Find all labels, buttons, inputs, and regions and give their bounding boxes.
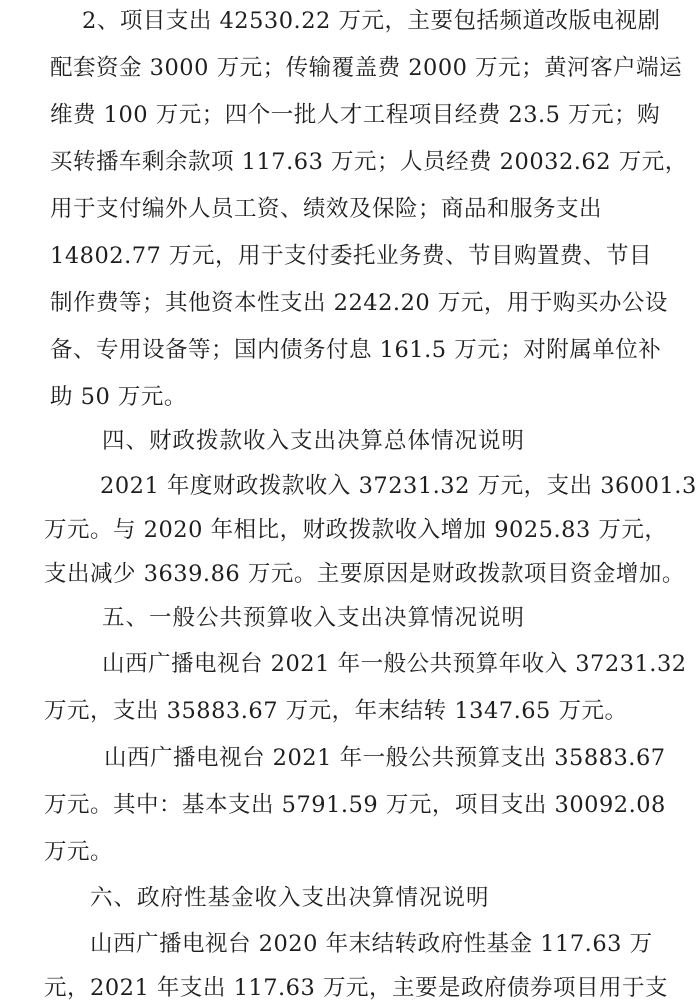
text-line: 山西广播电视台 2021 年一般公共预算年收入 37231.32 xyxy=(102,649,687,679)
text-line: 配套资金 3000 万元；传输覆盖费 2000 万元；黄河客户端运 xyxy=(50,53,682,83)
text-line: 支出减少 3639.86 万元。主要原因是财政拨款项目资金增加。 xyxy=(44,559,685,589)
text-line: 用于支付编外人员工资、绩效及保险；商品和服务支出 xyxy=(50,194,602,224)
text-line: 山西广播电视台 2021 年一般公共预算支出 35883.67 xyxy=(104,743,666,773)
text-line: 万元，支出 35883.67 万元，年末结转 1347.65 万元。 xyxy=(44,696,628,726)
text-line: 助 50 万元。 xyxy=(50,382,187,412)
text-line: 维费 100 万元；四个一批人才工程项目经费 23.5 万元；购 xyxy=(50,100,660,130)
text-line: 元，2021 年支出 117.63 万元，主要是政府债券项目用于支 xyxy=(44,973,668,1003)
text-line: 万元。与 2020 年相比，财政拨款收入增加 9025.83 万元， xyxy=(44,515,667,545)
text-line: 制作费等；其他资本性支出 2242.20 万元，用于购买办公设 xyxy=(50,288,668,318)
section-heading-5: 五、一般公共预算收入支出决算情况说明 xyxy=(102,603,525,633)
text-line: 山西广播电视台 2020 年末结转政府性基金 117.63 万 xyxy=(90,929,653,959)
text-line: 万元。 xyxy=(44,837,113,867)
text-line: 2021 年度财政拨款收入 37231.32 万元，支出 36001.3 xyxy=(100,471,697,501)
text-line: 2、项目支出 42530.22 万元，主要包括频道改版电视剧 xyxy=(82,6,660,36)
text-line: 备、专用设备等；国内债务付息 161.5 万元；对附属单位补 xyxy=(50,335,661,365)
text-line: 买转播车剩余款项 117.63 万元；人员经费 20032.62 万元， xyxy=(50,147,688,177)
document-page: 2、项目支出 42530.22 万元，主要包括频道改版电视剧 配套资金 3000… xyxy=(0,0,700,1007)
text-line: 14802.77 万元，用于支付委托业务费、节目购置费、节目 xyxy=(50,241,652,271)
section-heading-4: 四、财政拨款收入支出决算总体情况说明 xyxy=(102,426,525,456)
section-heading-6: 六、政府性基金收入支出决算情况说明 xyxy=(90,883,490,913)
text-line: 万元。其中：基本支出 5791.59 万元，项目支出 30092.08 xyxy=(44,790,666,820)
